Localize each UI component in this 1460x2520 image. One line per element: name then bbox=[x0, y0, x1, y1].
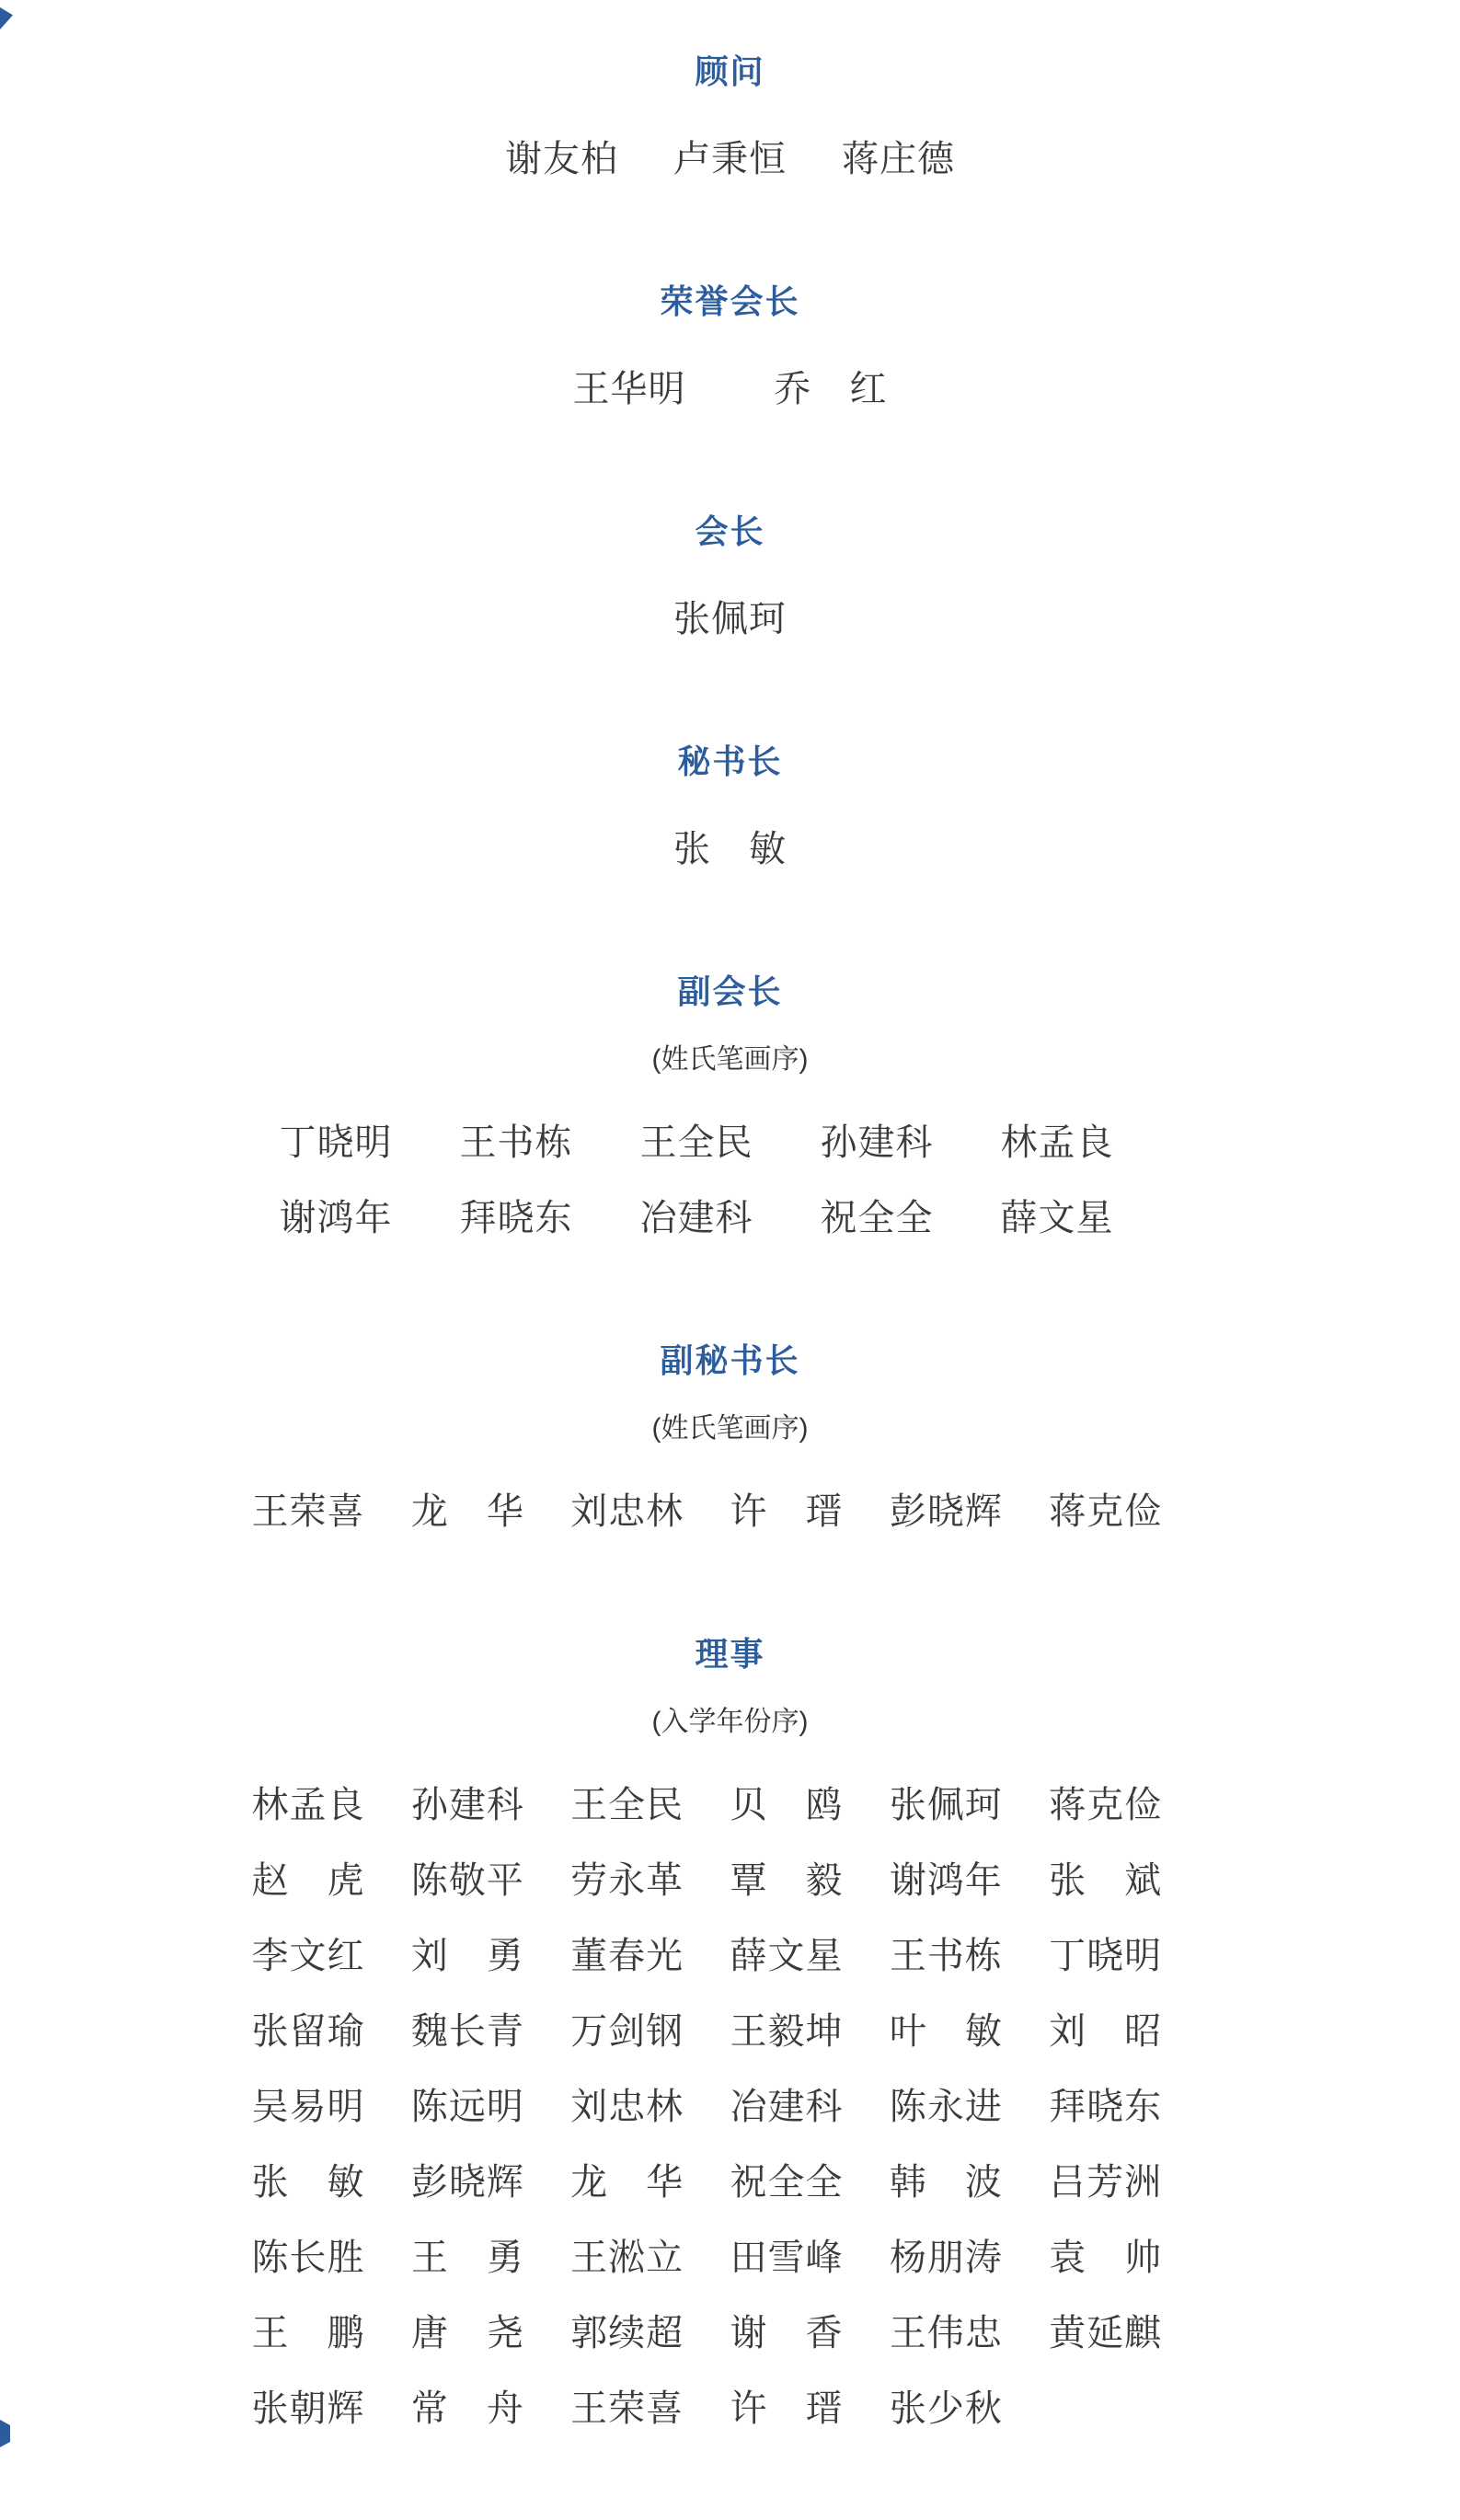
member-name: 张 敏 bbox=[673, 831, 787, 868]
member-name: 林孟良 bbox=[1001, 1124, 1114, 1161]
member-name: 张留瑜 bbox=[252, 2013, 365, 2050]
member-name: 韩 波 bbox=[890, 2164, 1003, 2201]
rows-advisors: 谢友柏卢秉恒蒋庄德 bbox=[0, 141, 1460, 178]
member-name: 黄延麒 bbox=[1049, 2315, 1162, 2352]
member-name: 丁晓明 bbox=[280, 1124, 393, 1161]
member-name: 蒋克俭 bbox=[1049, 1493, 1162, 1530]
member-name: 刘忠林 bbox=[570, 2088, 684, 2125]
section-title-honorary-presidents: 荣誉会长 bbox=[0, 285, 1460, 318]
name-row: 王荣喜龙 华刘忠林许 瑨彭晓辉蒋克俭 bbox=[252, 1493, 1209, 1530]
member-name: 王伟忠 bbox=[890, 2315, 1003, 2352]
name-row: 赵 虎陈敬平劳永革覃 毅谢鸿年张 斌 bbox=[252, 1862, 1209, 1899]
member-name: 吴易明 bbox=[252, 2088, 365, 2125]
name-row: 林孟良孙建科王全民贝 鸥张佩珂蒋克俭 bbox=[252, 1787, 1209, 1824]
section-vice-presidents: 副会长 (姓氏笔画序) 丁晓明王书栋王全民孙建科林孟良谢鸿年拜晓东冶建科祝全全薛… bbox=[0, 975, 1460, 1237]
sort-order-note: (入学年份序) bbox=[0, 1709, 1460, 1736]
name-row: 李文红刘 勇董春光薛文星王书栋丁晓明 bbox=[252, 1938, 1209, 1974]
member-name: 林孟良 bbox=[252, 1787, 365, 1824]
member-name: 陈敬平 bbox=[411, 1862, 524, 1899]
name-row: 张 敏 bbox=[0, 831, 1460, 868]
member-name: 谢鸿年 bbox=[280, 1200, 393, 1237]
name-row: 张留瑜魏长青万剑钢王毅坤叶 敏刘 昭 bbox=[252, 2013, 1209, 2050]
name-row: 张佩珂 bbox=[0, 601, 1460, 638]
member-name: 覃 毅 bbox=[730, 1862, 843, 1899]
rows-directors: 林孟良孙建科王全民贝 鸥张佩珂蒋克俭赵 虎陈敬平劳永革覃 毅谢鸿年张 斌李文红刘… bbox=[0, 1787, 1460, 2427]
member-name: 祝全全 bbox=[730, 2164, 843, 2201]
member-name: 王书栋 bbox=[460, 1124, 573, 1161]
member-name: 彭晓辉 bbox=[890, 1493, 1003, 1530]
section-directors: 理事 (入学年份序) 林孟良孙建科王全民贝 鸥张佩珂蒋克俭赵 虎陈敬平劳永革覃 … bbox=[0, 1638, 1460, 2427]
member-name: 卢秉恒 bbox=[673, 141, 787, 178]
member-name: 薛文星 bbox=[730, 1938, 843, 1974]
rows-secretary-general: 张 敏 bbox=[0, 831, 1460, 868]
name-row: 王华明乔 红 bbox=[0, 371, 1460, 408]
member-name: 薛文星 bbox=[1001, 1200, 1114, 1237]
section-title-deputy-secretaries-general: 副秘书长 bbox=[0, 1344, 1460, 1377]
member-name: 拜晓东 bbox=[1049, 2088, 1162, 2125]
section-honorary-presidents: 荣誉会长 王华明乔 红 bbox=[0, 285, 1460, 408]
sort-order-note: (姓氏笔画序) bbox=[0, 1046, 1460, 1074]
section-secretary-general: 秘书长 张 敏 bbox=[0, 745, 1460, 868]
member-name: 张少秋 bbox=[890, 2390, 1003, 2427]
name-row: 吴易明陈远明刘忠林冶建科陈永进拜晓东 bbox=[252, 2088, 1209, 2125]
member-name: 冶建科 bbox=[640, 1200, 753, 1237]
member-name: 万剑钢 bbox=[570, 2013, 684, 2050]
rows-honorary-presidents: 王华明乔 红 bbox=[0, 371, 1460, 408]
member-name: 魏长青 bbox=[411, 2013, 524, 2050]
member-name: 谢鸿年 bbox=[890, 1862, 1003, 1899]
member-name: 张佩珂 bbox=[673, 601, 787, 638]
member-name: 王全民 bbox=[640, 1124, 753, 1161]
member-name: 陈远明 bbox=[411, 2088, 524, 2125]
member-name: 王全民 bbox=[570, 1787, 684, 1824]
member-name: 冶建科 bbox=[730, 2088, 843, 2125]
member-name: 许 瑨 bbox=[730, 1493, 843, 1530]
member-name: 王华明 bbox=[573, 371, 686, 408]
member-name: 谢 香 bbox=[730, 2315, 843, 2352]
member-name: 王 勇 bbox=[411, 2239, 524, 2276]
member-name: 祝全全 bbox=[821, 1200, 934, 1237]
section-title-president: 会长 bbox=[0, 515, 1460, 548]
member-name: 袁 帅 bbox=[1049, 2239, 1162, 2276]
member-name: 叶 敏 bbox=[890, 2013, 1003, 2050]
section-title-advisors: 顾问 bbox=[0, 55, 1460, 88]
sort-order-note: (姓氏笔画序) bbox=[0, 1415, 1460, 1443]
name-row: 丁晓明王书栋王全民孙建科林孟良 bbox=[280, 1124, 1181, 1161]
member-name: 贝 鸥 bbox=[730, 1787, 843, 1824]
member-name: 田雪峰 bbox=[730, 2239, 843, 2276]
member-name: 乔 红 bbox=[775, 371, 888, 408]
member-name: 王 鹏 bbox=[252, 2315, 365, 2352]
member-name: 王毅坤 bbox=[730, 2013, 843, 2050]
section-title-secretary-general: 秘书长 bbox=[0, 745, 1460, 778]
section-title-vice-presidents: 副会长 bbox=[0, 975, 1460, 1008]
name-row: 王 鹏唐 尧郭续超谢 香王伟忠黄延麒 bbox=[252, 2315, 1209, 2352]
section-title-directors: 理事 bbox=[0, 1638, 1460, 1671]
member-name: 陈长胜 bbox=[252, 2239, 365, 2276]
member-name: 赵 虎 bbox=[252, 1862, 365, 1899]
member-name: 刘 勇 bbox=[411, 1938, 524, 1974]
member-name: 常 舟 bbox=[411, 2390, 524, 2427]
rows-vice-presidents: 丁晓明王书栋王全民孙建科林孟良谢鸿年拜晓东冶建科祝全全薛文星 bbox=[0, 1124, 1460, 1237]
member-name: 谢友柏 bbox=[505, 141, 618, 178]
member-name: 张 敏 bbox=[252, 2164, 365, 2201]
member-name: 张朝辉 bbox=[252, 2390, 365, 2427]
officer-list-document: 顾问 谢友柏卢秉恒蒋庄德 荣誉会长 王华明乔 红 会长 张佩珂 秘书长 张 敏 … bbox=[0, 0, 1460, 2427]
member-name: 李文红 bbox=[252, 1938, 365, 1974]
member-name: 王荣喜 bbox=[570, 2390, 684, 2427]
member-name: 孙建科 bbox=[821, 1124, 934, 1161]
name-row: 谢友柏卢秉恒蒋庄德 bbox=[0, 141, 1460, 178]
member-name: 王淞立 bbox=[570, 2239, 684, 2276]
member-name: 拜晓东 bbox=[460, 1200, 573, 1237]
member-name: 龙 华 bbox=[411, 1493, 524, 1530]
member-name: 丁晓明 bbox=[1049, 1938, 1162, 1974]
name-row: 张朝辉常 舟王荣喜许 瑨张少秋 bbox=[252, 2390, 1209, 2427]
section-advisors: 顾问 谢友柏卢秉恒蒋庄德 bbox=[0, 55, 1460, 178]
member-name: 彭晓辉 bbox=[411, 2164, 524, 2201]
member-name: 杨朋涛 bbox=[890, 2239, 1003, 2276]
name-row: 谢鸿年拜晓东冶建科祝全全薛文星 bbox=[280, 1200, 1181, 1237]
member-name: 蒋庄德 bbox=[842, 141, 955, 178]
section-deputy-secretaries-general: 副秘书长 (姓氏笔画序) 王荣喜龙 华刘忠林许 瑨彭晓辉蒋克俭 bbox=[0, 1344, 1460, 1530]
name-row: 张 敏彭晓辉龙 华祝全全韩 波吕芳洲 bbox=[252, 2164, 1209, 2201]
member-name: 郭续超 bbox=[570, 2315, 684, 2352]
member-name: 陈永进 bbox=[890, 2088, 1003, 2125]
member-name: 刘忠林 bbox=[570, 1493, 684, 1530]
name-row: 陈长胜王 勇王淞立田雪峰杨朋涛袁 帅 bbox=[252, 2239, 1209, 2276]
member-name: 王荣喜 bbox=[252, 1493, 365, 1530]
member-name: 张佩珂 bbox=[890, 1787, 1003, 1824]
section-president: 会长 张佩珂 bbox=[0, 515, 1460, 638]
member-name: 许 瑨 bbox=[730, 2390, 843, 2427]
member-name: 劳永革 bbox=[570, 1862, 684, 1899]
member-name: 张 斌 bbox=[1049, 1862, 1162, 1899]
member-name: 吕芳洲 bbox=[1049, 2164, 1162, 2201]
rows-president: 张佩珂 bbox=[0, 601, 1460, 638]
member-name: 孙建科 bbox=[411, 1787, 524, 1824]
member-name: 刘 昭 bbox=[1049, 2013, 1162, 2050]
member-name: 唐 尧 bbox=[411, 2315, 524, 2352]
member-name: 蒋克俭 bbox=[1049, 1787, 1162, 1824]
member-name: 王书栋 bbox=[890, 1938, 1003, 1974]
member-name: 董春光 bbox=[570, 1938, 684, 1974]
member-name: 龙 华 bbox=[570, 2164, 684, 2201]
rows-deputy-secretaries-general: 王荣喜龙 华刘忠林许 瑨彭晓辉蒋克俭 bbox=[0, 1493, 1460, 1530]
